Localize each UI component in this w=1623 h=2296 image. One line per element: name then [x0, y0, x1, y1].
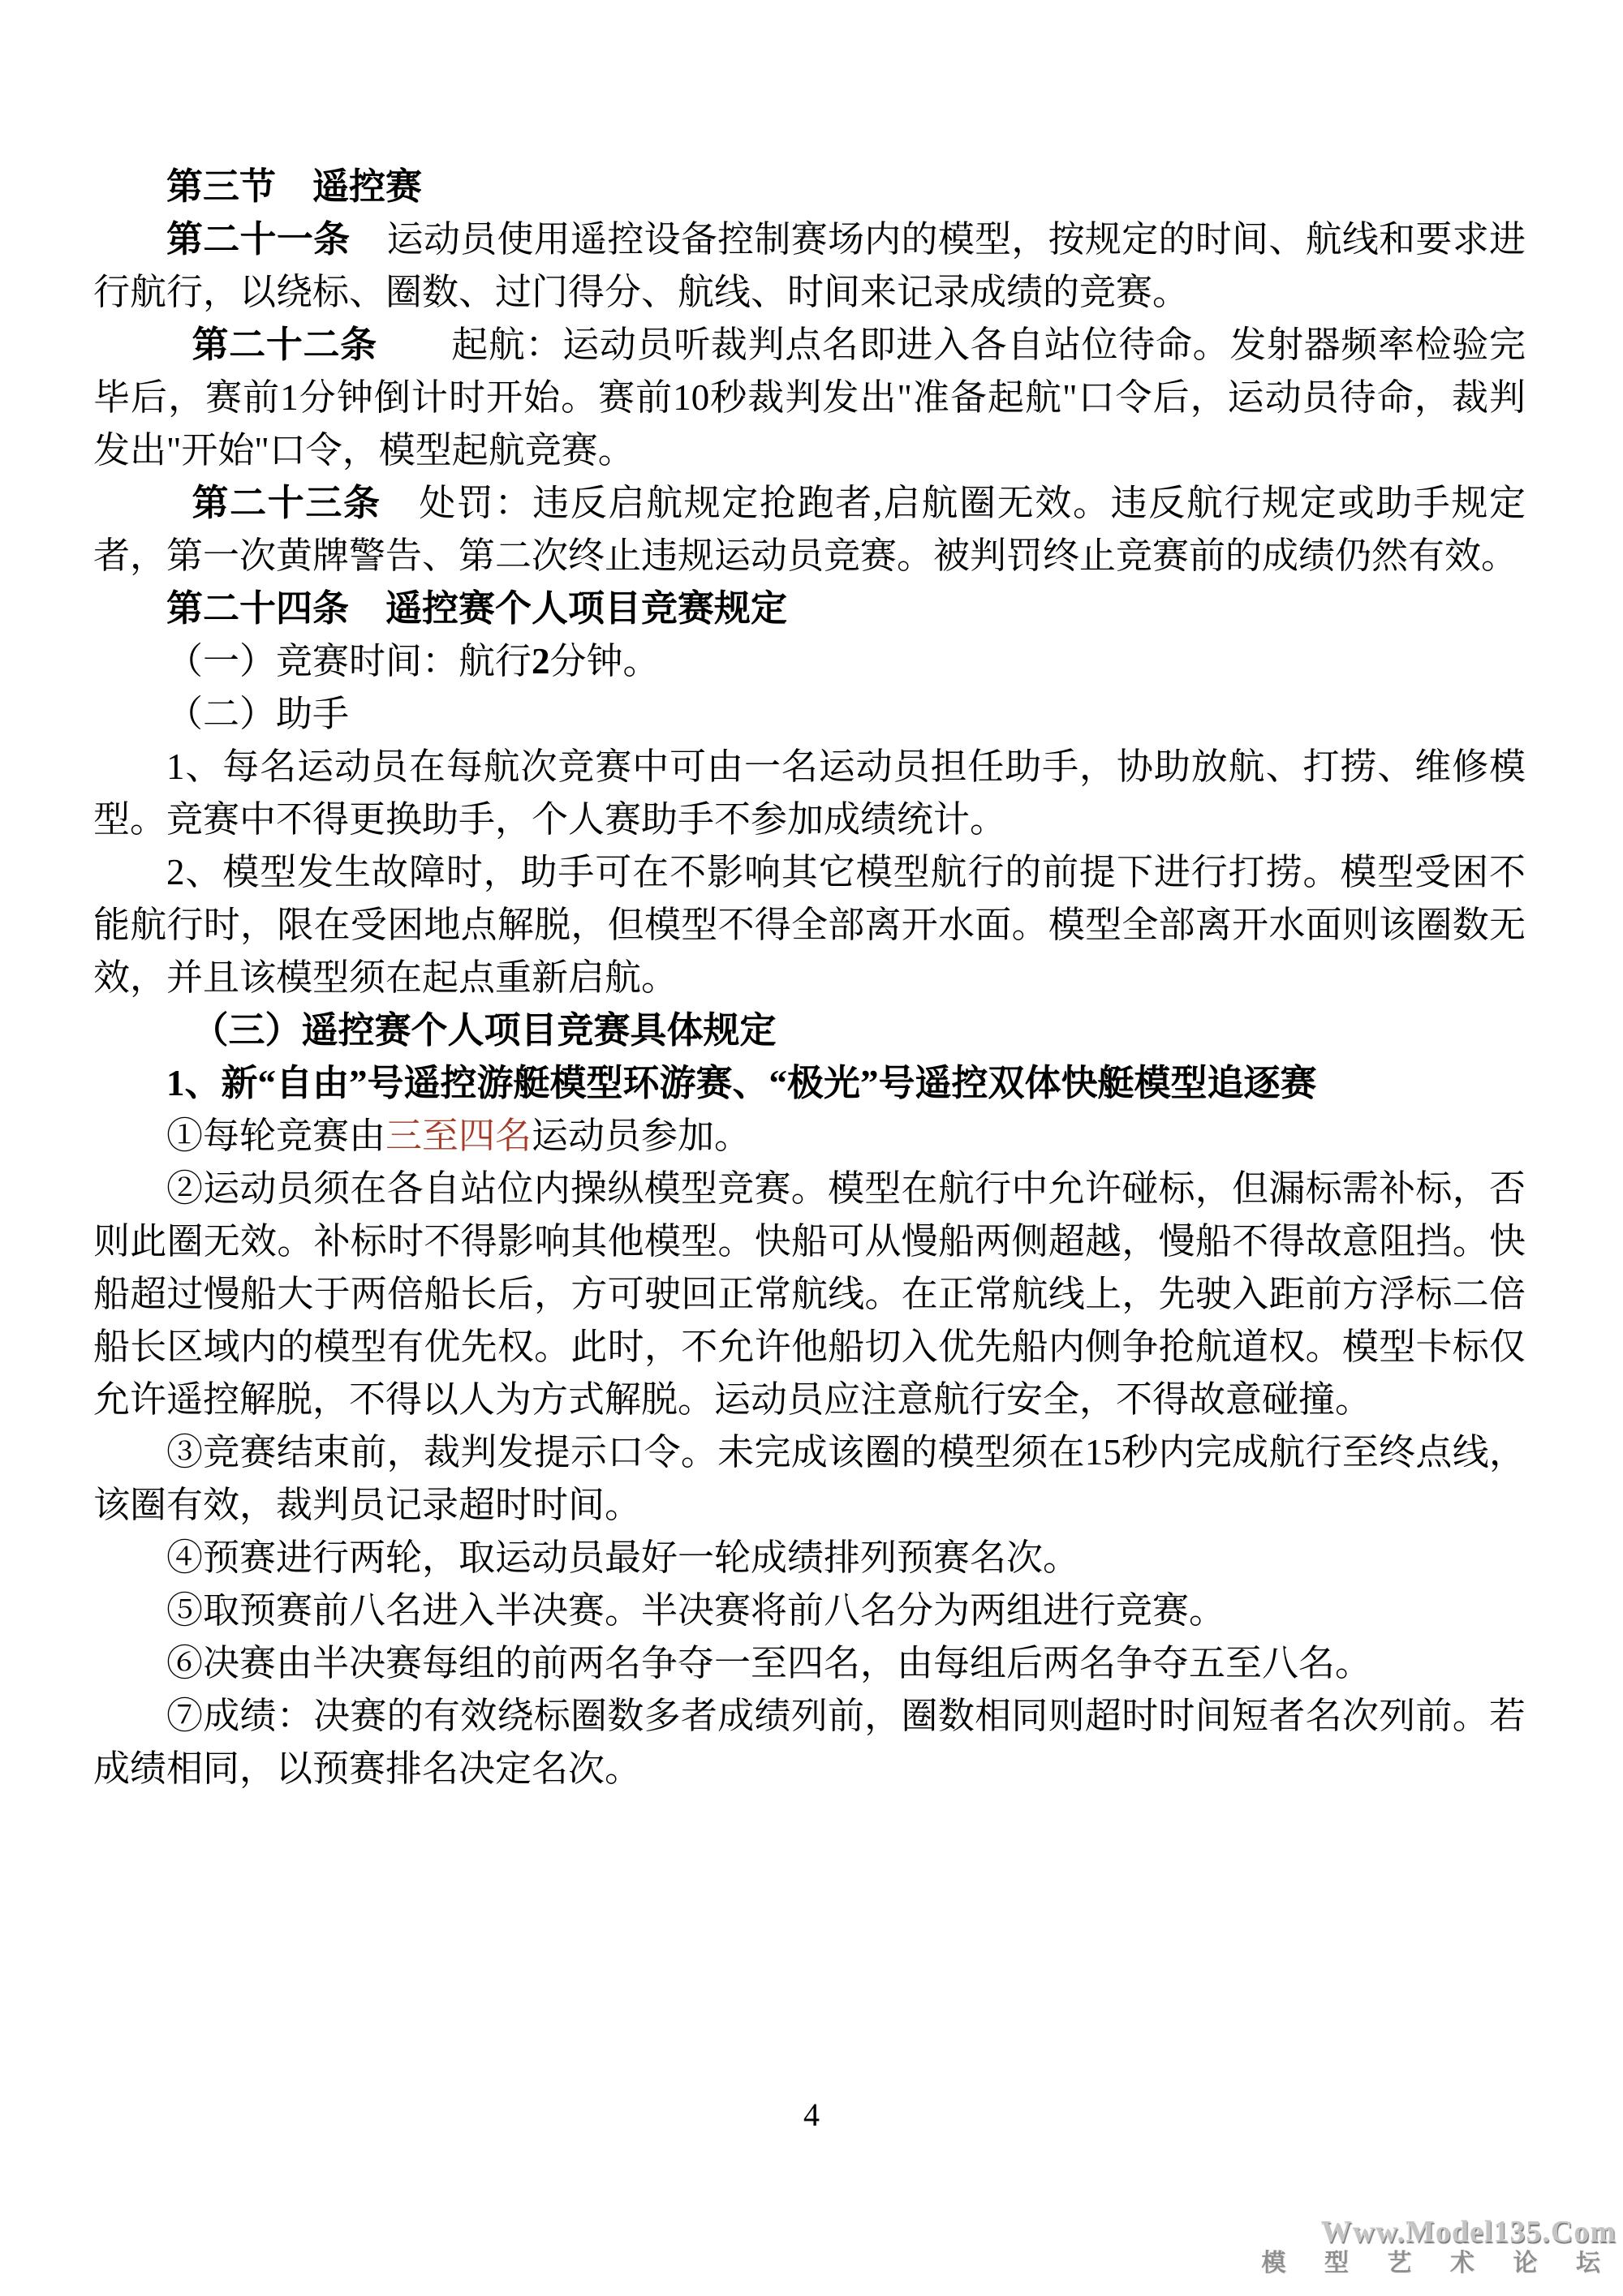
paragraph-clause-title: 1、新“自由”号遥控游艇模型环游赛、“极光”号遥控双体快艇模型追逐赛	[93, 1057, 1526, 1110]
paragraph-item: ⑦成绩：决赛的有效绕标圈数多者成绩列前，圈数相同则超时时间短者名次列前。若成绩相…	[93, 1690, 1526, 1795]
text-run: ①每轮竞赛由	[166, 1116, 385, 1156]
text-run: 1、每名运动员在每航次竞赛中可由一名运动员担任助手，协助放航、打捞、维修模型。竞…	[93, 746, 1526, 840]
text-run: ⑦成绩：决赛的有效绕标圈数多者成绩列前，圈数相同则超时时间短者名次列前。若成绩相…	[93, 1696, 1526, 1789]
watermark: Www.Model135.Com 模 型 艺 术 论 坛	[1262, 2215, 1617, 2277]
paragraph-article-wide: 第二十二条 起航：运动员听裁判点名即进入各自站位待命。发射器频率检验完毕后，赛前…	[93, 319, 1526, 477]
paragraph-item: ③竞赛结束前，裁判发提示口令。未完成该圈的模型须在15秒内完成航行至终点线，该圈…	[93, 1426, 1526, 1532]
page-number: 4	[0, 2096, 1623, 2134]
paragraph-section-title: 第三节 遥控赛	[93, 161, 1526, 213]
text-run: 运动员参加。	[532, 1116, 751, 1156]
text-run: （一）竞赛时间：航行	[166, 641, 532, 681]
paragraph-item: ②运动员须在各自站位内操纵模型竞赛。模型在航行中允许碰标，但漏标需补标，否则此圈…	[93, 1163, 1526, 1426]
paragraph-clause-title: 第二十四条 遥控赛个人项目竞赛规定	[93, 583, 1526, 635]
paragraph-item: ①每轮竞赛由三至四名运动员参加。	[93, 1110, 1526, 1163]
text-run: （二）助手	[166, 694, 349, 734]
paragraph-clause: （二）助手	[93, 688, 1526, 741]
text-run: 第二十四条 遥控赛个人项目竞赛规定	[166, 588, 787, 629]
text-run: 第三节 遥控赛	[166, 166, 422, 207]
text-run: ⑥决赛由半决赛每组的前两名争夺一至四名，由每组后两名争夺五至八名。	[166, 1643, 1371, 1683]
text-run: 1、新“自由”号遥控游艇模型环游赛、“极光”号遥控双体快艇模型追逐赛	[166, 1063, 1317, 1103]
highlighted-text: 三至四名	[385, 1116, 532, 1156]
watermark-site: Www.Model135.Com	[1262, 2215, 1617, 2250]
text-run: （三）遥控赛个人项目竞赛具体规定	[192, 1010, 777, 1051]
paragraph-clause: （一）竞赛时间：航行2分钟。	[93, 635, 1526, 688]
paragraph-article-wide: 第二十三条 处罚：违反启航规定抢跑者,启航圈无效。违反航行规定或助手规定者，第一…	[93, 477, 1526, 583]
text-run: 第二十一条	[166, 219, 350, 260]
text-run: 2	[532, 641, 550, 681]
document-body: 第三节 遥控赛第二十一条 运动员使用遥控设备控制赛场内的模型，按规定的时间、航线…	[93, 161, 1526, 1795]
text-run: 第二十三条	[192, 483, 381, 523]
document-page: 第三节 遥控赛第二十一条 运动员使用遥控设备控制赛场内的模型，按规定的时间、航线…	[0, 0, 1623, 2296]
watermark-forum: 模 型 艺 术 论 坛	[1262, 2250, 1617, 2277]
paragraph-item: ⑤取预赛前八名进入半决赛。半决赛将前八名分为两组进行竞赛。	[93, 1584, 1526, 1637]
text-run: ⑤取预赛前八名进入半决赛。半决赛将前八名分为两组进行竞赛。	[166, 1590, 1225, 1631]
paragraph-item: ⑥决赛由半决赛每组的前两名争夺一至四名，由每组后两名争夺五至八名。	[93, 1637, 1526, 1690]
text-run: 第二十二条	[192, 325, 377, 365]
paragraph-item: ④预赛进行两轮，取运动员最好一轮成绩排列预赛名次。	[93, 1532, 1526, 1584]
paragraph-item: 1、每名运动员在每航次竞赛中可由一名运动员担任助手，协助放航、打捞、维修模型。竞…	[93, 741, 1526, 846]
text-run: 分钟。	[550, 641, 660, 681]
text-run: 2、模型发生故障时，助手可在不影响其它模型航行的前提下进行打捞。模型受困不能航行…	[93, 852, 1526, 998]
text-run: ③竞赛结束前，裁判发提示口令。未完成该圈的模型须在15秒内完成航行至终点线，该圈…	[93, 1432, 1526, 1525]
paragraph-article: 第二十一条 运动员使用遥控设备控制赛场内的模型，按规定的时间、航线和要求进行航行…	[93, 213, 1526, 319]
text-run: ④预赛进行两轮，取运动员最好一轮成绩排列预赛名次。	[166, 1537, 1079, 1578]
text-run: ②运动员须在各自站位内操纵模型竞赛。模型在航行中允许碰标，但漏标需补标，否则此圈…	[93, 1168, 1526, 1420]
paragraph-clause-title-wide: （三）遥控赛个人项目竞赛具体规定	[93, 1004, 1526, 1057]
paragraph-item: 2、模型发生故障时，助手可在不影响其它模型航行的前提下进行打捞。模型受困不能航行…	[93, 846, 1526, 1004]
